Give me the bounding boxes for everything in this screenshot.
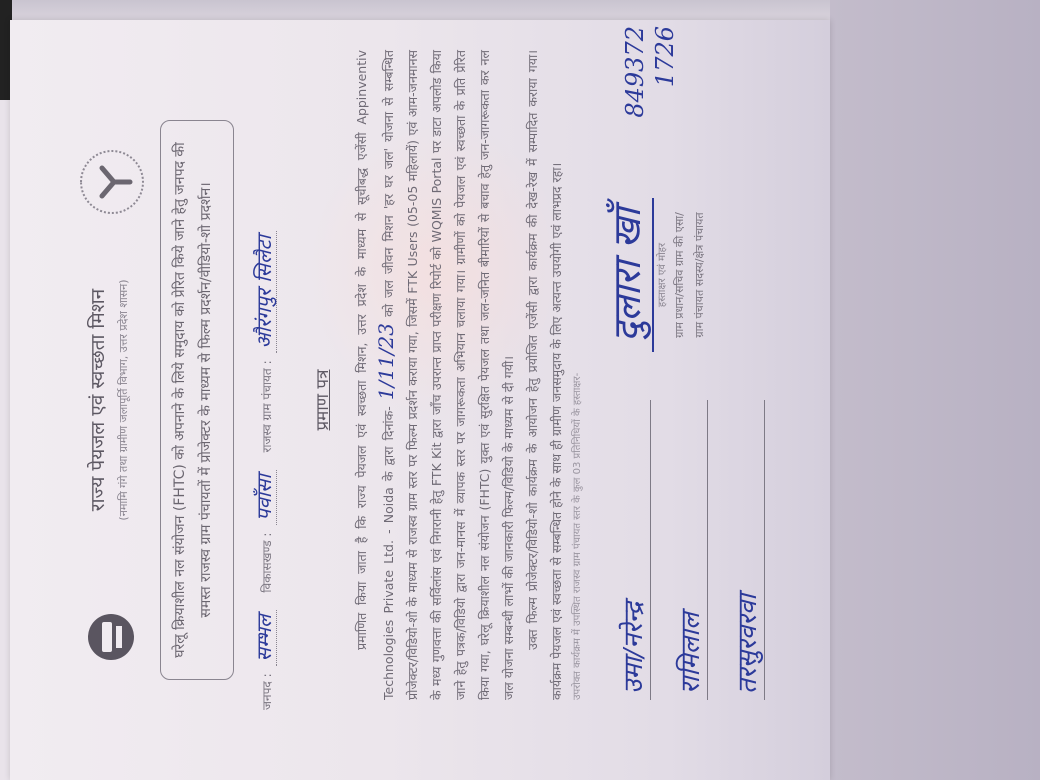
org-title: राज्य पेयजल एवं स्वच्छता मिशन <box>84 20 110 780</box>
panchayat-value: औरंगपुर सिलैटा <box>252 231 277 352</box>
phone-part-2: 1726 <box>650 26 680 118</box>
attendance-note: उपरोक्त कार्यक्रम में उपस्थित राजस्व ग्र… <box>570 50 586 700</box>
body-part-2: को जल जीवन मिशन 'हर घर जल' योजना से सम्ब… <box>381 50 516 700</box>
block-label: विकासखण्ड : <box>260 533 274 593</box>
banner-line-2: समस्त राजस्व ग्राम पंचायतों में प्रोजेक्… <box>193 121 219 679</box>
witness-signature-3: तरसुरवरवा <box>724 400 765 700</box>
district-value: सम्भल <box>252 610 277 665</box>
body-paragraph-2: उक्त फिल्म प्रोजेक्टर/विडियो-शो कार्यक्र… <box>521 50 569 700</box>
witness-signatures: उमा/नरेन्द्र रामिलाल तरसुरवरवा <box>610 400 781 700</box>
official-role-line-1: ग्राम प्रधान/सचिव ग्राम की एसा/ <box>672 110 688 440</box>
phone-part-1: 849372 <box>620 26 650 118</box>
program-banner: घरेलू क्रियाशील नल संयोजन (FHTC) को अपना… <box>160 120 234 680</box>
certificate-body: प्रमाणित किया जाता है कि राज्य पेयजल एवं… <box>350 50 569 700</box>
document-header: राज्य पेयजल एवं स्वच्छता मिशन (नमामि गंग… <box>80 20 131 780</box>
certificate-title: प्रमाण पत्र <box>310 20 333 780</box>
org-subtitle: (नमामि गंगे तथा ग्रामीण जलापूर्ति विभाग,… <box>116 20 131 780</box>
certificate-sheet: राज्य पेयजल एवं स्वच्छता मिशन (नमामि गंग… <box>10 20 830 780</box>
official-signature-block: दुलारा खाँ हस्ताक्षर एवं मोहर ग्राम प्रध… <box>600 110 708 440</box>
panchayat-label: राजस्व ग्राम पंचायत : <box>260 360 274 452</box>
address-fields: जनपद : सम्भल विकासखण्ड : पवाँसा राजस्व ग… <box>250 60 277 710</box>
signature-caption: हस्ताक्षर एवं मोहर <box>654 110 668 440</box>
event-date: 1/11/23 <box>374 323 398 400</box>
desk-surface <box>830 0 1040 780</box>
district-label: जनपद : <box>260 673 274 710</box>
official-signature: दुलारा खाँ <box>600 198 654 352</box>
witness-signature-1: उमा/नरेन्द्र <box>610 400 651 700</box>
body-paragraph-1: प्रमाणित किया जाता है कि राज्य पेयजल एवं… <box>350 50 521 700</box>
witness-signature-2: रामिलाल <box>667 400 708 700</box>
banner-line-1: घरेलू क्रियाशील नल संयोजन (FHTC) को अपना… <box>167 121 193 679</box>
block-value: पवाँसा <box>252 470 277 524</box>
handwritten-phone: 849372 1726 <box>620 26 680 118</box>
official-role-line-2: ग्राम पंचायत सदस्य/क्षेत्र पंचायत <box>692 110 708 440</box>
